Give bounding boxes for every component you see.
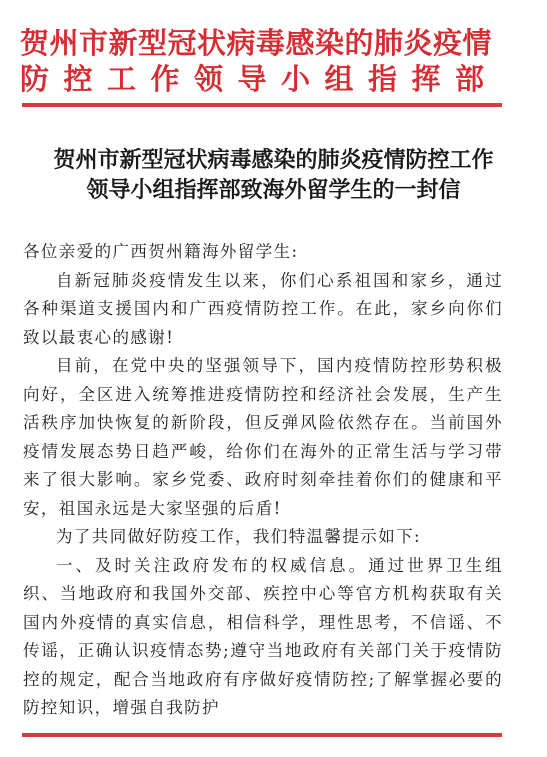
paragraph: 一、及时关注政府发布的权威信息。通过世界卫生组织、当地政府和我国外交部、疾控中心… [23, 552, 503, 723]
letter-body: 各位亲爱的广西贺州籍海外留学生: 自新冠肺炎疫情发生以来，你们心系祖国和家乡，通… [23, 238, 503, 723]
bottom-red-divider [22, 733, 502, 737]
letterhead: 贺州市新型冠状病毒感染的肺炎疫情 防控工作领导小组指挥部 [20, 26, 525, 96]
title-line1: 贺州市新型冠状病毒感染的肺炎疫情防控工作 [0, 145, 547, 175]
title-line2: 领导小组指挥部致海外留学生的一封信 [0, 175, 547, 205]
salutation: 各位亲爱的广西贺州籍海外留学生: [23, 238, 503, 267]
document-title: 贺州市新型冠状病毒感染的肺炎疫情防控工作 领导小组指挥部致海外留学生的一封信 [0, 145, 547, 205]
paragraph: 为了共同做好防疫工作，我们特温馨提示如下: [23, 523, 503, 552]
top-red-divider [22, 103, 502, 107]
letterhead-line2: 防控工作领导小组指挥部 [20, 62, 525, 96]
paragraph: 自新冠肺炎疫情发生以来，你们心系祖国和家乡，通过各种渠道支援国内和广西疫情防控工… [23, 267, 503, 353]
paragraph: 目前，在党中央的坚强领导下，国内疫情防控形势积极向好，全区进入统筹推进疫情防控和… [23, 352, 503, 523]
letterhead-line1: 贺州市新型冠状病毒感染的肺炎疫情 [20, 26, 525, 60]
